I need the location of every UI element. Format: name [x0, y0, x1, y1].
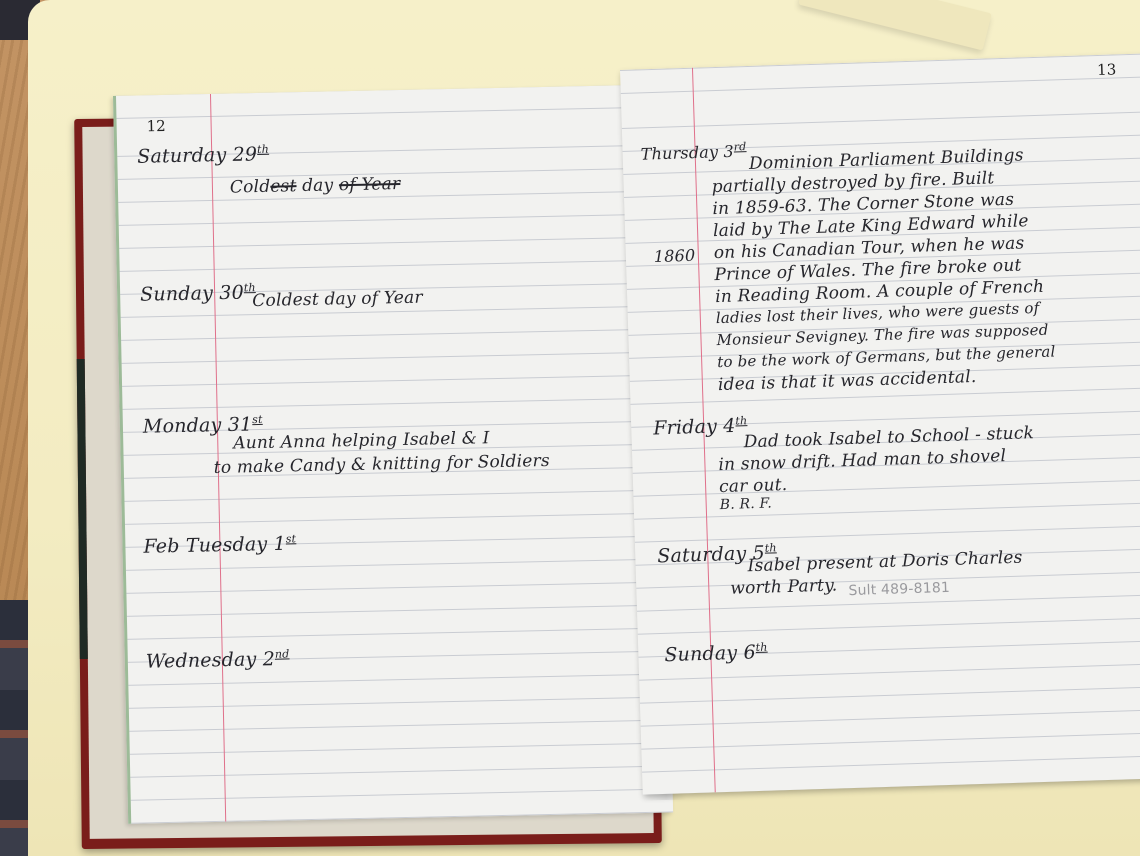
- right-page: 13 Thursday 3rd Dominion Parliament Buil…: [620, 53, 1140, 795]
- left-page: 12 Saturday 29th Coldest day of Year Sun…: [113, 85, 673, 824]
- entry-day: Thursday 3rd: [640, 140, 747, 164]
- entry-day: Feb Tuesday 1st: [143, 532, 296, 558]
- entry-day: Sunday 6th: [664, 641, 768, 667]
- entry-line: Aunt Anna helping Isabel & I: [233, 428, 490, 453]
- pencil-annotation: Sult 489-8181: [848, 580, 950, 599]
- entry-day: Friday 4th: [653, 414, 748, 439]
- entry-day: Wednesday 2nd: [146, 647, 290, 672]
- entry-signature: B. R. F.: [719, 495, 772, 513]
- entry-line: to make Candy & knitting for Soldiers: [214, 451, 550, 478]
- entry-line: worth Party.: [730, 575, 838, 598]
- entry-line: idea is that it was accidental.: [718, 367, 977, 395]
- page-number: 12: [146, 117, 165, 135]
- entry-day: Sunday 30th: [140, 281, 256, 306]
- entry-line: Coldest day of Year: [230, 174, 401, 198]
- entry-line: car out.: [719, 475, 788, 497]
- entry-line: Coldest day of Year: [252, 288, 423, 312]
- entry-day: Saturday 29th: [137, 143, 269, 168]
- entry-line: Isabel present at Doris Charles: [747, 548, 1022, 577]
- margin-note: 1860: [654, 246, 696, 266]
- page-number: 13: [1097, 60, 1117, 79]
